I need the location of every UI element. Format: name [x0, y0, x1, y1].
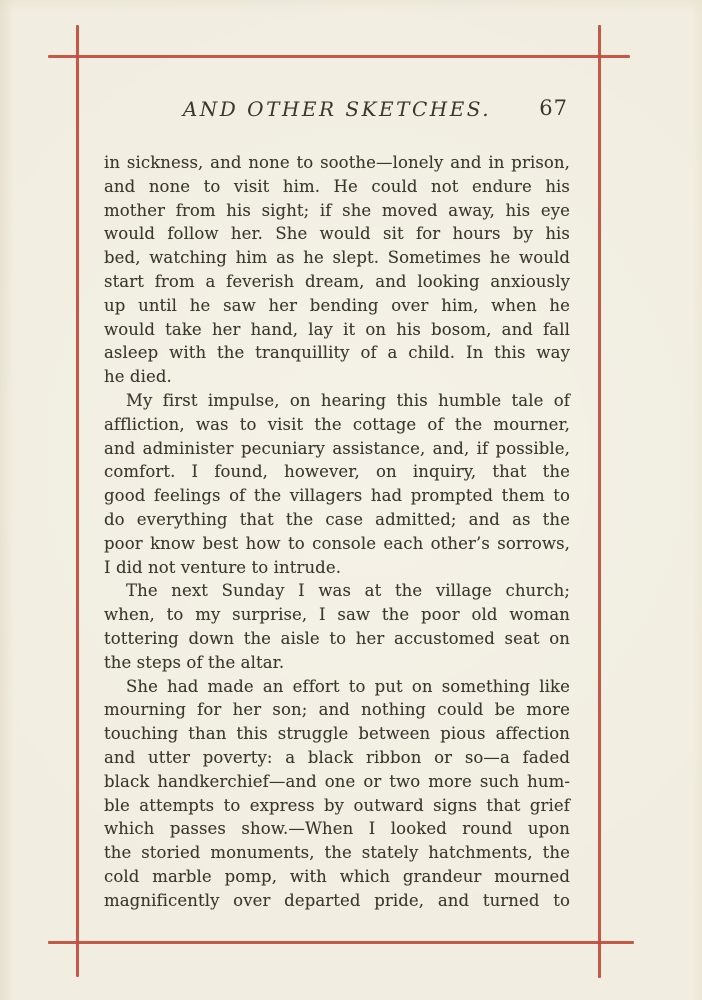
paragraph: She had made an effort to put on somethi…	[104, 675, 570, 913]
text-line: would follow her. She would sit for hour…	[104, 222, 570, 246]
text-line: the steps of the altar.	[104, 651, 570, 675]
text-block: in sickness, and none to soothe—lonely a…	[104, 151, 570, 913]
text-line: black handkerchief—and one or two more s…	[104, 770, 570, 794]
text-line: cold marble pomp, with which grandeur mo…	[104, 865, 570, 889]
text-line: mourning for her son; and nothing could …	[104, 698, 570, 722]
page-header: AND OTHER SKETCHES. 67	[104, 97, 570, 127]
text-line: which passes show.—When I looked round u…	[104, 817, 570, 841]
page-number: 67	[539, 96, 568, 120]
text-line: The next Sunday I was at the village chu…	[104, 579, 570, 603]
text-line: poor know best how to console each other…	[104, 532, 570, 556]
text-line: My first impulse, on hearing this humble…	[104, 389, 570, 413]
text-line: do everything that the case admitted; an…	[104, 508, 570, 532]
text-line: he died.	[104, 365, 570, 389]
text-line: would take her hand, lay it on his bosom…	[104, 318, 570, 342]
text-line: the storied monuments, the stately hatch…	[104, 841, 570, 865]
text-line: good feelings of the villagers had promp…	[104, 484, 570, 508]
border-bottom-line	[48, 941, 634, 944]
text-line: comfort. I found, however, on inquiry, t…	[104, 460, 570, 484]
text-line: start from a feverish dream, and looking…	[104, 270, 570, 294]
text-line: tottering down the aisle to her accustom…	[104, 627, 570, 651]
text-line: affliction, was to visit the cottage of …	[104, 413, 570, 437]
paragraph: The next Sunday I was at the village chu…	[104, 579, 570, 674]
text-line: in sickness, and none to soothe—lonely a…	[104, 151, 570, 175]
book-page: AND OTHER SKETCHES. 67 in sickness, and …	[0, 0, 702, 1000]
running-title: AND OTHER SKETCHES.	[104, 97, 570, 121]
text-line: I did not venture to intrude.	[104, 556, 570, 580]
border-top-line	[48, 55, 630, 58]
text-line: and utter poverty: a black ribbon or so—…	[104, 746, 570, 770]
text-line: She had made an effort to put on somethi…	[104, 675, 570, 699]
text-line: touching than this struggle between piou…	[104, 722, 570, 746]
border-left-line	[76, 25, 79, 977]
text-line: asleep with the tranquillity of a child.…	[104, 341, 570, 365]
text-line: when, to my surprise, I saw the poor old…	[104, 603, 570, 627]
text-line: and administer pecuniary assistance, and…	[104, 437, 570, 461]
paragraph: in sickness, and none to soothe—lonely a…	[104, 151, 570, 389]
border-right-line	[598, 25, 601, 978]
text-line: ble attempts to express by outward signs…	[104, 794, 570, 818]
text-line: bed, watching him as he slept. Sometimes…	[104, 246, 570, 270]
paragraph: My first impulse, on hearing this humble…	[104, 389, 570, 579]
text-line: and none to visit him. He could not endu…	[104, 175, 570, 199]
text-line: up until he saw her bending over him, wh…	[104, 294, 570, 318]
text-line: mother from his sight; if she moved away…	[104, 199, 570, 223]
text-line: magnificently over departed pride, and t…	[104, 889, 570, 913]
